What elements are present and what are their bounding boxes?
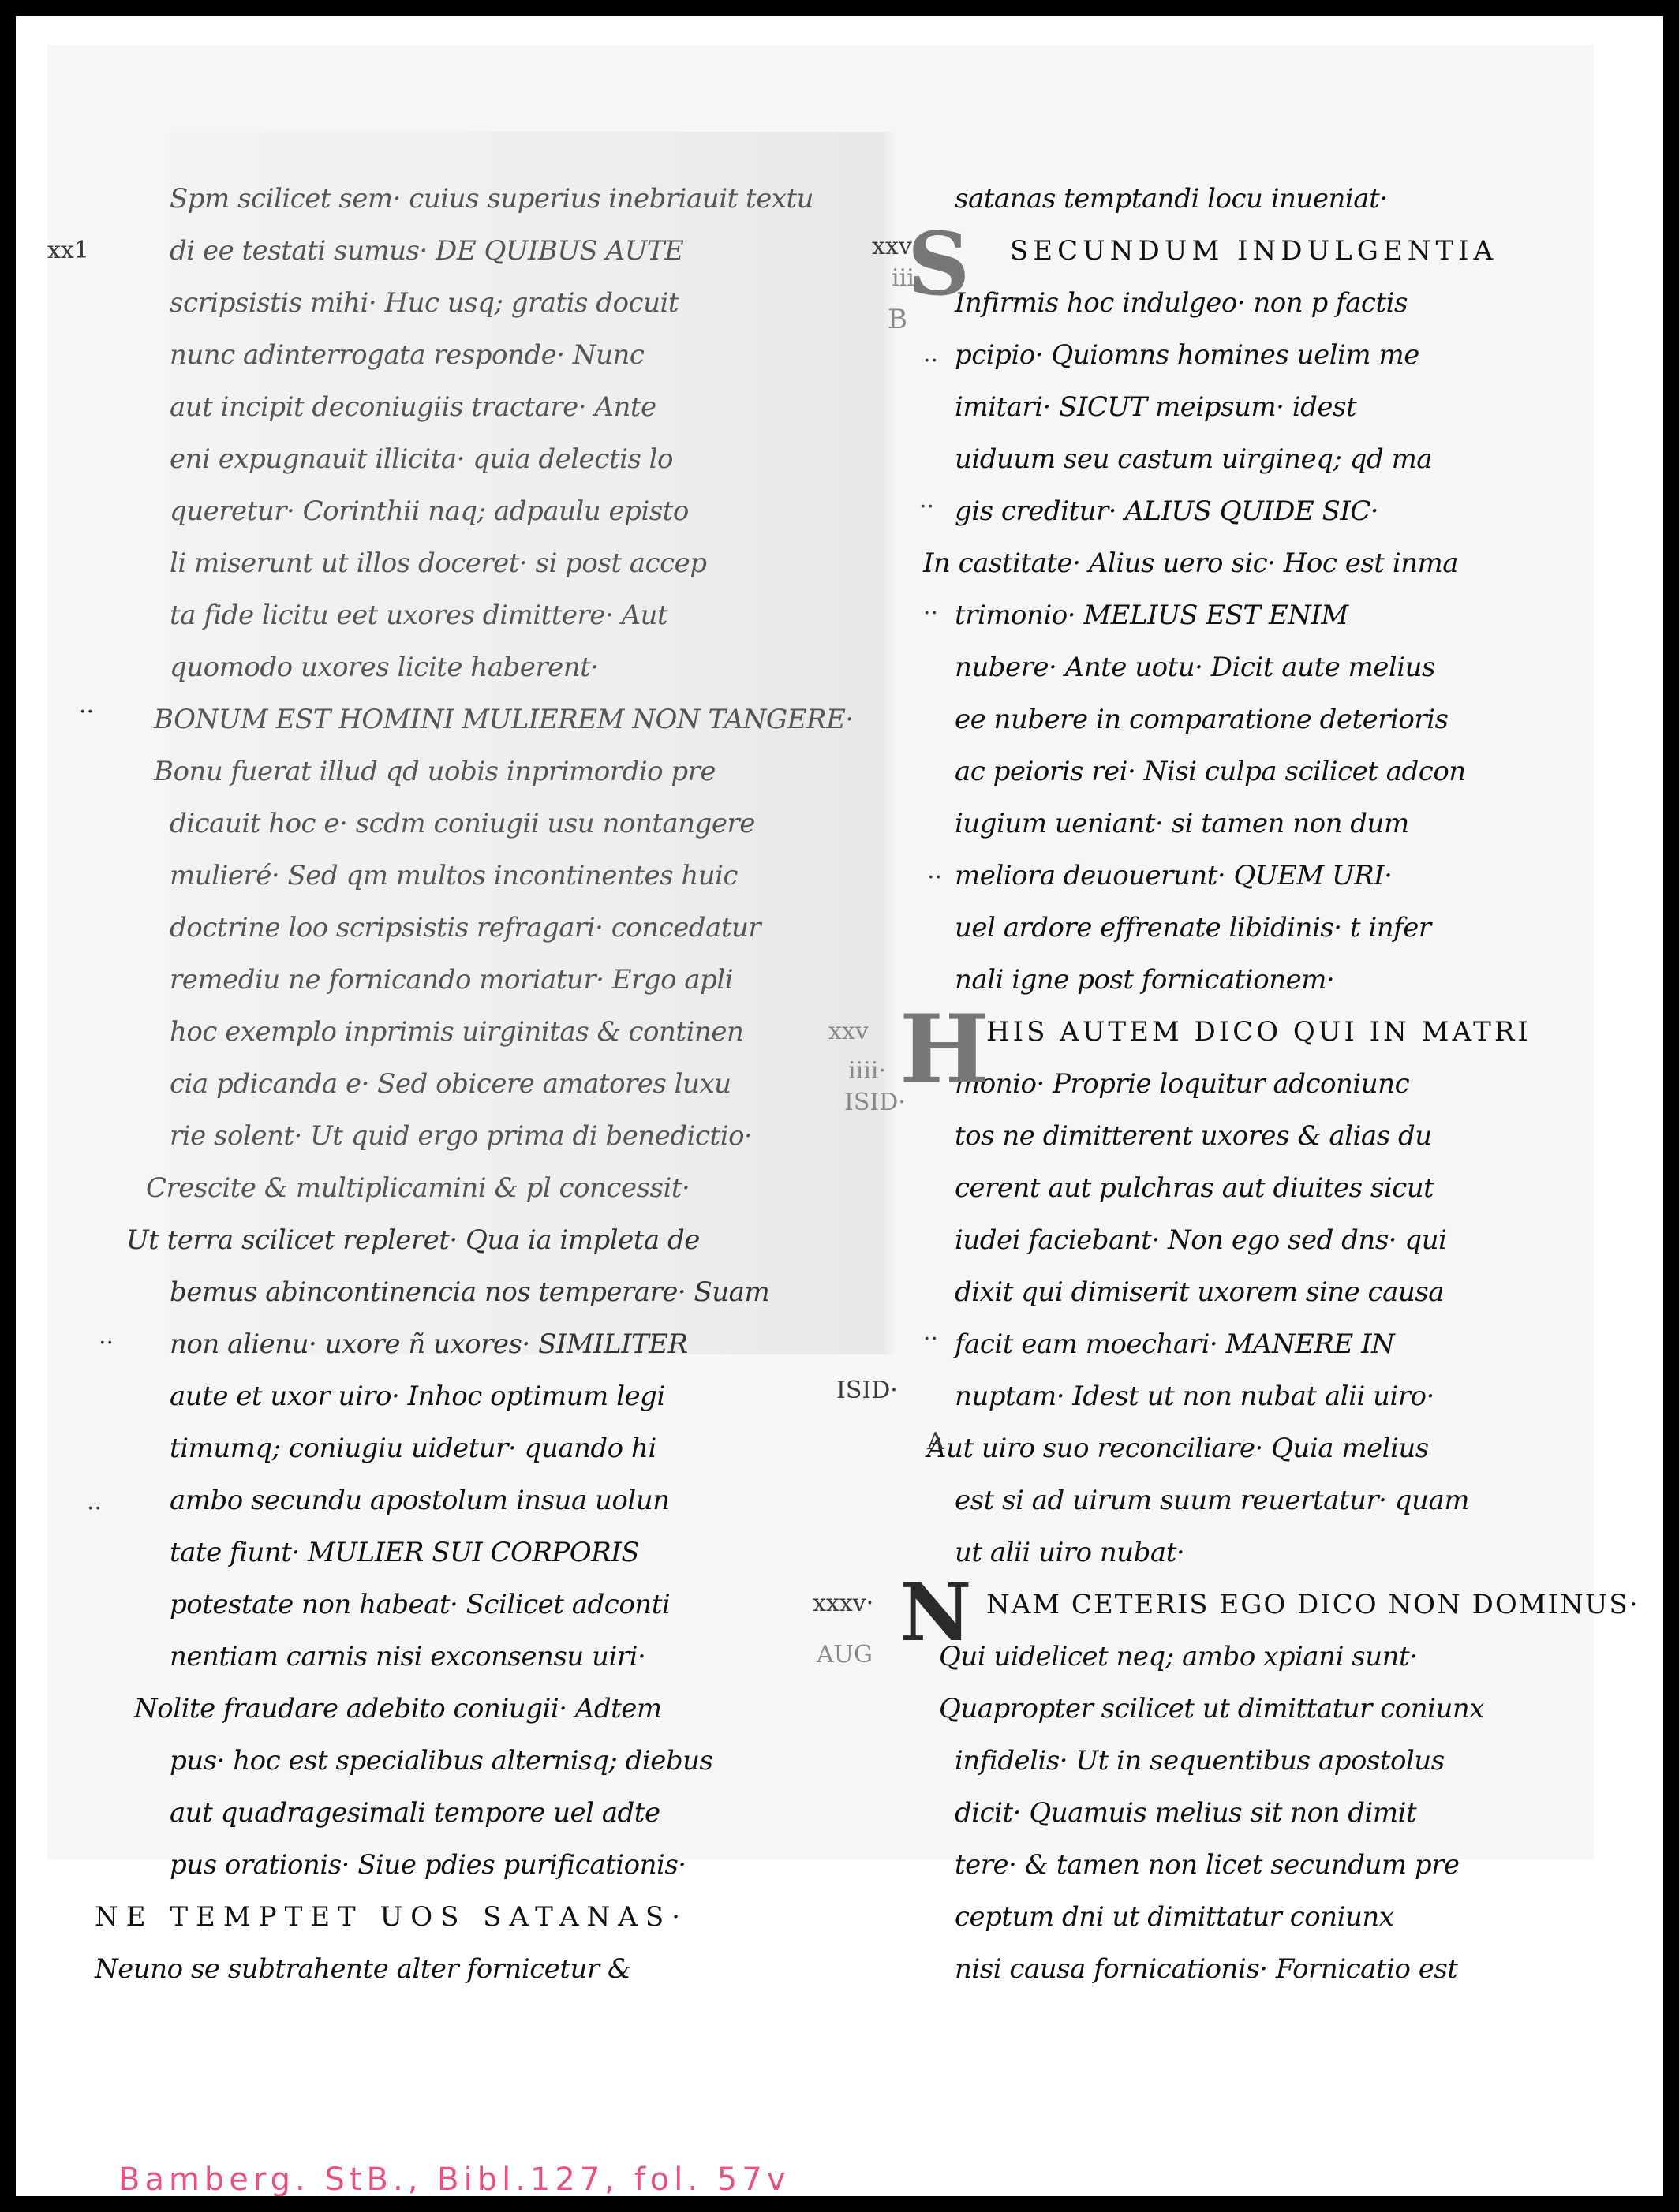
text-line: remediu ne fornicando moriatur· Ergo apl… [170,964,733,1011]
text-line: scripsistis mihi· Huc usq; gratis docuit [170,287,679,334]
text-line: tos ne dimitterent uxores & alias du [955,1120,1432,1168]
margin-note-marks: ·· [923,1325,938,1353]
text-line: tere· & tamen non licet secundum pre [955,1849,1460,1896]
margin-note-marks: ·· [927,864,942,891]
text-line: Crescite & multiplicamini & pl concessit… [146,1172,690,1220]
text-line: bemus abincontinencia nos temperare· Sua… [170,1276,769,1324]
text-line: facit eam moechari· MANERE IN [955,1328,1394,1376]
text-line: nali igne post fornicationem· [955,964,1334,1011]
text-line: cerent aut pulchras aut diuites sicut [955,1172,1434,1220]
text-line: meliora deuouerunt· QUEM URI· [955,860,1392,907]
text-line: non alienu· uxore ñ uxores· SIMILITER [170,1328,688,1376]
text-line: nisi causa fornicationis· Fornicatio est [955,1953,1457,2001]
text-line-heading: NAM CETERIS EGO DICO NON DOMINUS· [986,1589,1640,1636]
text-line: Infirmis hoc indulgeo· non p factis [955,287,1408,334]
text-line: Qui uidelicet neq; ambo xpiani sunt· [939,1641,1417,1688]
text-line: trimonio· MELIUS EST ENIM [955,600,1348,647]
initial-h: H [899,994,989,1105]
text-line: aut quadragesimali tempore uel adte [170,1797,660,1844]
text-line: In castitate· Alius uero sic· Hoc est in… [923,547,1458,595]
text-line: Spm scilicet sem· cuius superius inebria… [170,183,813,230]
text-line: Quapropter scilicet ut dimittatur coniun… [939,1693,1484,1740]
margin-note-chapter: iiii· [848,1057,886,1085]
text-line: li miserunt ut illos doceret· si post ac… [170,547,707,595]
text-line: nubere· Ante uotu· Dicit aute melius [955,652,1435,699]
text-line: aut incipit deconiugiis tractare· Ante [170,391,656,439]
margin-note-chapter: xxxv· [813,1590,873,1617]
text-line-heading: SECUNDUM INDULGENTIA [1010,235,1498,282]
text-line: nuptam· Idest ut non nubat alii uiro· [955,1381,1434,1428]
text-line: quomodo uxores licite haberent· [170,652,599,699]
text-line: dicauit hoc e· scdm coniugii usu nontang… [170,808,755,855]
text-line: ut alii uiro nubat· [955,1537,1184,1584]
text-line: pus orationis· Siue pdies purificationis… [170,1849,686,1896]
text-line: doctrine loo scripsistis refragari· conc… [170,912,761,959]
text-line: pcipio· Quiomns homines uelim me [955,339,1419,387]
text-line: monio· Proprie loquitur adconiunc [955,1068,1409,1115]
text-line: Aut uiro suo reconciliare· Quia melius [927,1433,1429,1480]
text-line: Ut terra scilicet repleret· Qua ia imple… [126,1224,700,1272]
text-line: ee nubere in comparatione deterioris [955,704,1448,751]
text-line: timumq; coniugiu uidetur· quando hi [170,1433,656,1480]
text-line: ta fide licitu eet uxores dimittere· Aut [170,600,667,647]
text-line: tate fiunt· MULIER SUI CORPORIS [170,1537,639,1584]
text-line: nunc adinterrogata responde· Nunc [170,339,644,387]
text-line: ac peioris rei· Nisi culpa scilicet adco… [955,756,1466,803]
margin-note-marks: ·· [99,1329,114,1357]
text-line: potestate non habeat· Scilicet adconti [170,1589,670,1636]
margin-note-letter: B [888,304,907,335]
text-line: est si ad uirum suum reuertatur· quam [955,1485,1469,1532]
text-line: dixit qui dimiserit uxorem sine causa [955,1276,1444,1324]
initial-n: N [899,1566,971,1659]
text-line: gis creditur· ALIUS QUIDE SIC· [955,495,1378,543]
scan-border [0,2196,1679,2212]
text-line: mulieré· Sed qm multos incontinentes hui… [170,860,738,907]
text-line: iudei faciebant· Non ego sed dns· qui [955,1224,1446,1272]
text-line: eni expugnauit illicita· quia delectis l… [170,443,673,491]
text-line: aute et uxor uiro· Inhoc optimum legi [170,1381,665,1428]
shelfmark-annotation: Bamberg. StB., Bibl.127, fol. 57v [118,2162,790,2198]
margin-note-chapter: xxv [828,1018,869,1045]
text-line: uel ardore effrenate libidinis· t infer [955,912,1431,959]
text-line: rie solent· Ut quid ergo prima di benedi… [170,1120,752,1168]
margin-note-marks: ·· [87,1495,102,1523]
text-line: ambo secundu apostolum insua uolun [170,1485,670,1532]
text-line: hoc exemplo inprimis uirginitas & contin… [170,1016,743,1063]
margin-note-chapter: xx1 [47,237,89,264]
text-line: cia pdicanda e· Sed obicere amatores lux… [170,1068,731,1115]
margin-note-marks: ·· [923,600,938,627]
text-line: ceptum dni ut dimittatur coniunx [955,1901,1393,1949]
margin-note-source: AUG [817,1641,873,1668]
text-line: imitari· SICUT meipsum· idest [955,391,1356,439]
text-line: satanas temptandi locu inueniat· [955,183,1388,230]
text-line: infidelis· Ut in sequentibus apostolus [955,1745,1445,1792]
text-line-heading: HIS AUTEM DICO QUI IN MATRI [986,1016,1531,1063]
margin-note-source: ISID· [836,1377,898,1404]
text-line: dicit· Quamuis melius sit non dimit [955,1797,1416,1844]
margin-note-marks: ·· [919,493,934,521]
text-line-heading: BONUM EST HOMINI MULIEREM NON TANGERE· [154,704,854,751]
text-line: iugium ueniant· si tamen non dum [955,808,1409,855]
text-line: di ee testati sumus· DE QUIBUS AUTE [170,235,683,282]
text-line: pus· hoc est specialibus alternisq; dieb… [170,1745,712,1792]
margin-note-marks: ·· [923,347,938,375]
text-line-heading: NE TEMPTET UOS SATANAS· [95,1901,688,1949]
margin-note-letter: A [927,1428,944,1455]
margin-note-source: ISID· [844,1089,906,1116]
text-line: Bonu fuerat illud qd uobis inprimordio p… [154,756,716,803]
margin-note-chapter: iii· [892,264,922,292]
margin-note-marks: ·· [79,698,94,726]
text-line: uiduum seu castum uirgineq; qd ma [955,443,1432,491]
text-line: Neuno se subtrahente alter fornicetur & [95,1953,631,2001]
text-line: nentiam carnis nisi exconsensu uiri· [170,1641,645,1688]
text-line: Nolite fraudare adebito coniugii· Adtem [134,1693,662,1740]
text-line: queretur· Corinthii naq; adpaulu episto [170,495,689,543]
margin-note-chapter: xxv [872,233,912,260]
